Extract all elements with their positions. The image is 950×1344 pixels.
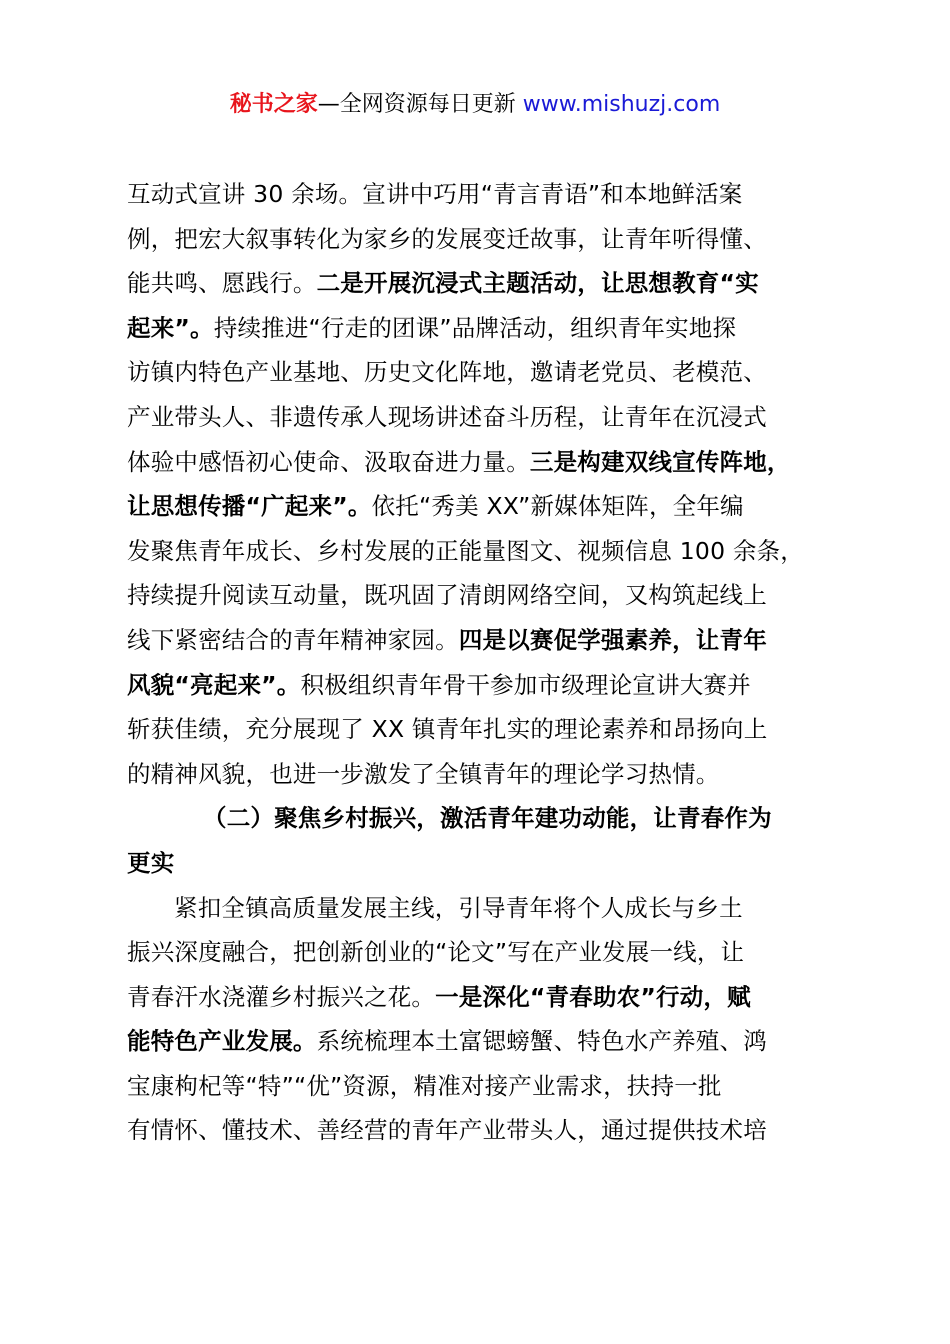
text-line: 起来”。持续推进“行走的团课”品牌活动，组织青年实地探 [127,306,837,351]
text-segment: 的精神风貌，也进一步激发了全镇青年的理论学习热情。 [127,760,720,788]
bold-text-segment: 能特色产业发展。 [127,1027,317,1055]
brand-name: 秘书之家 [230,92,318,117]
text-line: 有情怀、懂技术、善经营的青年产业带头人，通过提供技术培 [127,1108,837,1153]
text-line: 例，把宏大叙事转化为家乡的发展变迁故事，让青年听得懂、 [127,217,837,262]
text-segment: 访镇内特色产业基地、历史文化阵地，邀请老党员、老模范、 [127,358,767,386]
text-segment: 宝康枸杞等“特”“优”资源，精准对接产业需求，扶持一批 [127,1072,722,1100]
document-body: 互动式宣讲 30 余场。宣讲中巧用“青言青语”和本地鲜活案 例，把宏大叙事转化为… [127,172,837,1153]
text-segment: 斩获佳绩，充分展现了 XX 镇青年扎实的理论素养和昂扬向上 [127,715,767,743]
text-segment: 例，把宏大叙事转化为家乡的发展变迁故事，让青年听得懂、 [127,225,767,253]
text-segment: 依托“秀美 XX”新媒体矩阵，全年编 [372,492,744,520]
text-segment: 青春汗水浇灌乡村振兴之花。 [127,983,435,1011]
text-segment: 持续推进“行走的团课”品牌活动，组织青年实地探 [214,314,736,342]
text-line: 体验中感悟初心使命、汲取奋进力量。三是构建双线宣传阵地， [127,440,837,485]
text-segment: 体验中感悟初心使命、汲取奋进力量。 [127,448,530,476]
bold-text-segment: 更实 [127,849,174,877]
text-segment: 系统梳理本土富锶螃蟹、特色水产养殖、鸿 [317,1027,767,1055]
text-line: 振兴深度融合，把创新创业的“论文”写在产业发展一线，让 [127,930,837,975]
paragraph-first-line: 紧扣全镇高质量发展主线，引导青年将个人成长与乡土 [127,886,837,931]
text-line: 斩获佳绩，充分展现了 XX 镇青年扎实的理论素养和昂扬向上 [127,707,837,752]
text-line: 发聚焦青年成长、乡村发展的正能量图文、视频信息 100 余条， [127,529,837,574]
text-segment: 振兴深度融合，把创新创业的“论文”写在产业发展一线，让 [127,938,744,966]
text-segment: 积极组织青年骨干参加市级理论宣讲大赛并 [301,671,751,699]
text-line: 能特色产业发展。系统梳理本土富锶螃蟹、特色水产养殖、鸿 [127,1019,837,1064]
site-url-link[interactable]: www.mishuzj.com [523,92,720,117]
text-line: 宝康枸杞等“特”“优”资源，精准对接产业需求，扶持一批 [127,1064,837,1109]
text-line: 访镇内特色产业基地、历史文化阵地，邀请老党员、老模范、 [127,350,837,395]
text-segment: 有情怀、懂技术、善经营的青年产业带头人，通过提供技术培 [127,1116,767,1144]
text-segment: 产业带头人、非遗传承人现场讲述奋斗历程，让青年在沉浸式 [127,403,767,431]
bold-text-segment: 四是以赛促学强素养，让青年 [459,626,767,654]
text-segment: 持续提升阅读互动量，既巩固了清朗网络空间，又构筑起线上 [127,581,767,609]
text-segment: 紧扣全镇高质量发展主线，引导青年将个人成长与乡土 [174,894,743,922]
text-segment: 发聚焦青年成长、乡村发展的正能量图文、视频信息 100 余条， [127,537,804,565]
bold-text-segment: 三是构建双线宣传阵地， [530,448,791,476]
text-line: 风貌“亮起来”。积极组织青年骨干参加市级理论宣讲大赛并 [127,663,837,708]
bold-text-segment: 风貌“亮起来”。 [127,671,301,699]
text-line: 让思想传播“广起来”。依托“秀美 XX”新媒体矩阵，全年编 [127,484,837,529]
text-line: 能共鸣、愿践行。二是开展沉浸式主题活动，让思想教育“实 [127,261,837,306]
bold-text-segment: 起来”。 [127,314,214,342]
section-heading-line: （二）聚焦乡村振兴，激活青年建功动能，让青春作为 [127,796,837,841]
text-line: 互动式宣讲 30 余场。宣讲中巧用“青言青语”和本地鲜活案 [127,172,837,217]
bold-text-segment: 二是开展沉浸式主题活动，让思想教育“实 [317,269,759,297]
section-heading-line: 更实 [127,841,837,886]
text-segment: 能共鸣、愿践行。 [127,269,317,297]
bold-text-segment: 让思想传播“广起来”。 [127,492,372,520]
bold-text-segment: （二）聚焦乡村振兴，激活青年建功动能，让青春作为 [203,804,772,832]
slogan-text: —全网资源每日更新 [318,92,523,117]
text-line: 持续提升阅读互动量，既巩固了清朗网络空间，又构筑起线上 [127,573,837,618]
text-line: 青春汗水浇灌乡村振兴之花。一是深化“青春助农”行动，赋 [127,975,837,1020]
text-line: 产业带头人、非遗传承人现场讲述奋斗历程，让青年在沉浸式 [127,395,837,440]
bold-text-segment: 一是深化“青春助农”行动，赋 [435,983,751,1011]
site-header-banner: 秘书之家—全网资源每日更新 www.mishuzj.com [0,88,950,122]
text-line: 线下紧密结合的青年精神家园。四是以赛促学强素养，让青年 [127,618,837,663]
text-line: 的精神风貌，也进一步激发了全镇青年的理论学习热情。 [127,752,837,797]
text-segment: 互动式宣讲 30 余场。宣讲中巧用“青言青语”和本地鲜活案 [127,180,743,208]
text-segment: 线下紧密结合的青年精神家园。 [127,626,459,654]
